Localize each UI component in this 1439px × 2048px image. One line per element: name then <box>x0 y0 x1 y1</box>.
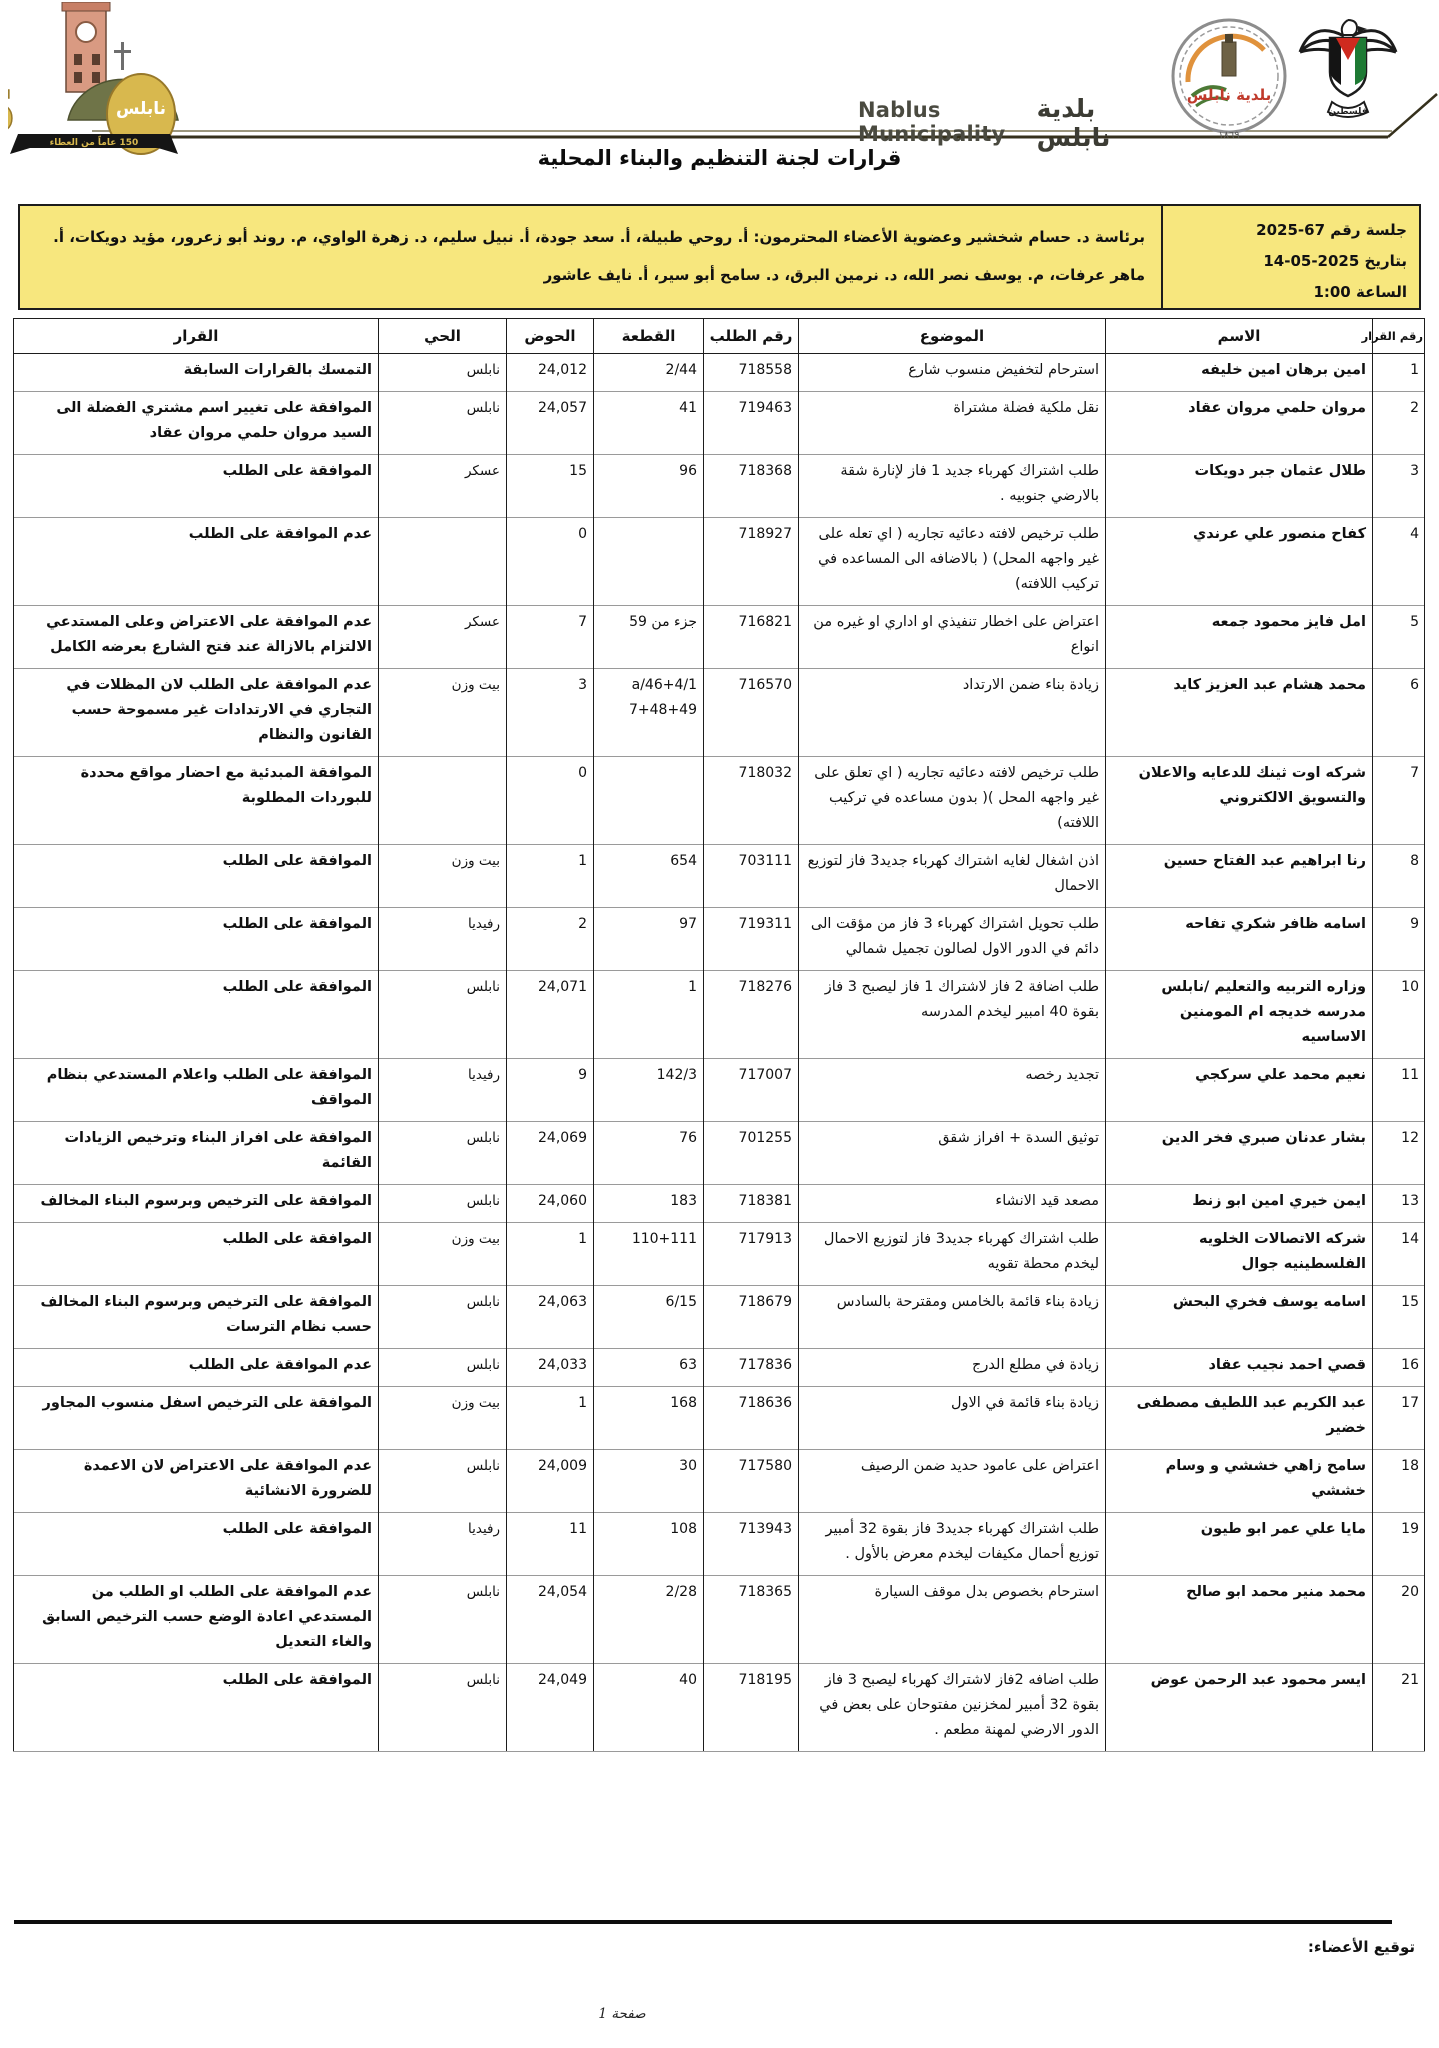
cell-parcel <box>594 757 704 845</box>
table-row: 13 ايمن خيري امين ابو زنط مصعد قيد الانش… <box>14 1185 1425 1223</box>
cell-decision-number: 3 <box>1373 455 1425 518</box>
decisions-table-wrapper: رقم القرار الاسم الموضوع رقم الطلب القطع… <box>14 318 1425 1752</box>
cell-subject: طلب ترخيص لافته دعائيه تجاريه ( اي تعلق … <box>799 757 1106 845</box>
cell-name: ايسر محمود عبد الرحمن عوض <box>1106 1664 1373 1752</box>
cell-subject: زيادة في مطلع الدرج <box>799 1349 1106 1387</box>
cell-decision: التمسك بالقرارات السابقة <box>14 354 379 392</box>
cell-decision: الموافقة على الطلب <box>14 1223 379 1286</box>
cell-block: 3 <box>507 669 594 757</box>
cell-name: امل فايز محمود جمعه <box>1106 606 1373 669</box>
cell-decision: عدم الموافقة على الاعتراض وعلى المستدعي … <box>14 606 379 669</box>
table-row: 17 عبد الكريم عبد اللطيف مصطفى خضير زياد… <box>14 1387 1425 1450</box>
emblem-country-text: فلسطين <box>1328 107 1367 117</box>
page-number: صفحة 1 <box>552 2006 692 2022</box>
table-row: 21 ايسر محمود عبد الرحمن عوض طلب اضافه 2… <box>14 1664 1425 1752</box>
cell-parcel: 1 <box>594 971 704 1059</box>
cell-district: نابلس <box>379 1286 507 1349</box>
cell-parcel <box>594 518 704 606</box>
cell-parcel: 40 <box>594 1664 704 1752</box>
cell-block: 7 <box>507 606 594 669</box>
cell-decision-number: 14 <box>1373 1223 1425 1286</box>
cell-name: عبد الكريم عبد اللطيف مصطفى خضير <box>1106 1387 1373 1450</box>
cell-name: محمد هشام عبد العزيز كايد <box>1106 669 1373 757</box>
cell-block: 24,069 <box>507 1122 594 1185</box>
table-row: 19 مايا علي عمر ابو طيون طلب اشتراك كهرب… <box>14 1513 1425 1576</box>
cell-parcel: 110+111 <box>594 1223 704 1286</box>
cell-block: 1 <box>507 1387 594 1450</box>
cell-district: رفيديا <box>379 908 507 971</box>
cell-decision: عدم الموافقة على الطلب لان المظلات في ال… <box>14 669 379 757</box>
cell-decision: الموافقة المبدئية مع احضار مواقع محددة ل… <box>14 757 379 845</box>
cell-name: سامح زاهي خششي و وسام خششي <box>1106 1450 1373 1513</box>
cell-subject: مصعد قيد الانشاء <box>799 1185 1106 1223</box>
table-row: 4 كفاح منصور علي عرندي طلب ترخيص لافته د… <box>14 518 1425 606</box>
cell-district: نابلس <box>379 1122 507 1185</box>
cell-decision: الموافقة على الترخيص وبرسوم البناء المخا… <box>14 1286 379 1349</box>
cell-name: ايمن خيري امين ابو زنط <box>1106 1185 1373 1223</box>
signature-divider-line <box>14 1920 1392 1924</box>
cell-decision: الموافقة على الترخيص وبرسوم البناء المخا… <box>14 1185 379 1223</box>
cell-block: 0 <box>507 518 594 606</box>
brand-name-english: Nablus Municipality <box>858 98 1029 146</box>
cell-decision-number: 5 <box>1373 606 1425 669</box>
anniversary-city-badge: نابلس <box>116 99 166 119</box>
header-subject: الموضوع <box>799 319 1106 354</box>
table-row: 20 محمد منير محمد ابو صالح استرحام بخصوص… <box>14 1576 1425 1664</box>
cell-parcel: 41 <box>594 392 704 455</box>
cell-decision-number: 20 <box>1373 1576 1425 1664</box>
session-number: جلسة رقم 67-2025 <box>1169 215 1407 246</box>
cell-district <box>379 518 507 606</box>
cell-block: 11 <box>507 1513 594 1576</box>
cell-district: نابلس <box>379 354 507 392</box>
cell-request-number: 718195 <box>704 1664 799 1752</box>
cell-decision: عدم الموافقة على الطلب <box>14 518 379 606</box>
cell-parcel: 183 <box>594 1185 704 1223</box>
document-title: قرارات لجنة التنظيم والبناء المحلية <box>0 146 1439 170</box>
header-block: الحوض <box>507 319 594 354</box>
cell-decision: عدم الموافقة على الطلب <box>14 1349 379 1387</box>
cell-name: كفاح منصور علي عرندي <box>1106 518 1373 606</box>
seal-title-text: بلدية نابلس <box>1187 86 1272 104</box>
cell-request-number: 718636 <box>704 1387 799 1450</box>
cell-decision: الموافقة على الطلب <box>14 908 379 971</box>
municipal-seal-logo: بلدية نابلس ١٨٦٩ <box>1168 16 1290 148</box>
cell-block: 9 <box>507 1059 594 1122</box>
cell-subject: طلب اضافة 2 فاز لاشتراك 1 فاز ليصبح 3 فا… <box>799 971 1106 1059</box>
cell-request-number: 716570 <box>704 669 799 757</box>
cell-block: 24,012 <box>507 354 594 392</box>
cell-request-number: 703111 <box>704 845 799 908</box>
cell-decision: الموافقة على الترخيص اسفل منسوب المجاور <box>14 1387 379 1450</box>
cell-decision: الموافقة على تغيير اسم مشتري الفضلة الى … <box>14 392 379 455</box>
cell-district: نابلس <box>379 1349 507 1387</box>
cell-decision: الموافقة على الطلب واعلام المستدعي بنظام… <box>14 1059 379 1122</box>
cell-block: 2 <box>507 908 594 971</box>
cell-decision: عدم الموافقة على الطلب او الطلب من المست… <box>14 1576 379 1664</box>
cell-decision-number: 12 <box>1373 1122 1425 1185</box>
cell-request-number: 713943 <box>704 1513 799 1576</box>
cell-name: محمد منير محمد ابو صالح <box>1106 1576 1373 1664</box>
table-row: 8 رنا ابراهيم عبد الفتاح حسين اذن اشغال … <box>14 845 1425 908</box>
cell-subject: طلب اشتراك كهرباء جديد3 فاز بقوة 32 أمبي… <box>799 1513 1106 1576</box>
header-name: الاسم <box>1106 319 1373 354</box>
cell-district: بيت وزن <box>379 1223 507 1286</box>
cell-name: اسامه يوسف فخري البحش <box>1106 1286 1373 1349</box>
cell-request-number: 717580 <box>704 1450 799 1513</box>
table-row: 5 امل فايز محمود جمعه اعتراض على اخطار ت… <box>14 606 1425 669</box>
cell-block: 1 <box>507 845 594 908</box>
table-row: 18 سامح زاهي خششي و وسام خششي اعتراض على… <box>14 1450 1425 1513</box>
table-row: 6 محمد هشام عبد العزيز كايد زيادة بناء ض… <box>14 669 1425 757</box>
cell-request-number: 716821 <box>704 606 799 669</box>
cell-block: 24,054 <box>507 1576 594 1664</box>
cell-request-number: 718558 <box>704 354 799 392</box>
table-row: 12 بشار عدنان صبري فخر الدين توثيق السدة… <box>14 1122 1425 1185</box>
table-row: 7 شركه اوت ثينك للدعايه والاعلان والتسوي… <box>14 757 1425 845</box>
brand-name-arabic: بلدية نابلس <box>1037 94 1138 152</box>
cell-decision: الموافقة على الطلب <box>14 1664 379 1752</box>
cell-block: 15 <box>507 455 594 518</box>
cell-subject: اذن اشغال لغايه اشتراك كهرباء جديد3 فاز … <box>799 845 1106 908</box>
cell-district: نابلس <box>379 392 507 455</box>
cell-decision-number: 13 <box>1373 1185 1425 1223</box>
cell-parcel: 63 <box>594 1349 704 1387</box>
table-row: 3 طلال عثمان جبر دويكات طلب اشتراك كهربا… <box>14 455 1425 518</box>
cell-parcel: 30 <box>594 1450 704 1513</box>
cell-parcel: 142/3 <box>594 1059 704 1122</box>
cell-subject: طلب اشتراك كهرباء جديد3 فاز لتوزيع الاحم… <box>799 1223 1106 1286</box>
cell-decision-number: 7 <box>1373 757 1425 845</box>
table-row: 16 قصي احمد نجيب عقاد زيادة في مطلع الدر… <box>14 1349 1425 1387</box>
cell-name: وزاره التربيه والتعليم /نابلس مدرسه خديج… <box>1106 971 1373 1059</box>
nablus-150-anniversary-logo: 15 نابلس 150 عاماً من العطاء <box>8 2 180 160</box>
session-info-box: جلسة رقم 67-2025 بتاريخ 2025-05-14 الساع… <box>18 204 1421 310</box>
cell-subject: طلب اضافه 2فاز لاشتراك كهرباء ليصبح 3 فا… <box>799 1664 1106 1752</box>
cell-request-number: 719463 <box>704 392 799 455</box>
cell-subject: توثيق السدة + افراز شقق <box>799 1122 1106 1185</box>
cell-decision-number: 6 <box>1373 669 1425 757</box>
cell-district: نابلس <box>379 1576 507 1664</box>
cell-request-number: 718032 <box>704 757 799 845</box>
session-attendees: برئاسة د. حسام شخشير وعضوية الأعضاء المح… <box>20 206 1161 308</box>
cell-subject: زيادة بناء قائمة في الاول <box>799 1387 1106 1450</box>
table-row: 15 اسامه يوسف فخري البحش زيادة بناء قائم… <box>14 1286 1425 1349</box>
cell-name: شركه اوت ثينك للدعايه والاعلان والتسويق … <box>1106 757 1373 845</box>
table-row: 9 اسامه ظافر شكري تفاحه طلب تحويل اشتراك… <box>14 908 1425 971</box>
cell-decision-number: 8 <box>1373 845 1425 908</box>
document-page: 15 نابلس 150 عاماً من العطاء Nablus Muni… <box>0 0 1439 2048</box>
cell-decision: الموافقة على الطلب <box>14 1513 379 1576</box>
cell-block: 24,009 <box>507 1450 594 1513</box>
cell-district: نابلس <box>379 971 507 1059</box>
cell-parcel: 2/44 <box>594 354 704 392</box>
cell-name: بشار عدنان صبري فخر الدين <box>1106 1122 1373 1185</box>
cell-request-number: 718365 <box>704 1576 799 1664</box>
cell-decision-number: 18 <box>1373 1450 1425 1513</box>
cell-parcel: 6/15 <box>594 1286 704 1349</box>
table-row: 10 وزاره التربيه والتعليم /نابلس مدرسه خ… <box>14 971 1425 1059</box>
cell-district: بيت وزن <box>379 845 507 908</box>
cell-parcel: 168 <box>594 1387 704 1450</box>
cell-block: 24,049 <box>507 1664 594 1752</box>
header-decision-number: رقم القرار <box>1373 319 1425 354</box>
cell-block: 24,063 <box>507 1286 594 1349</box>
attendees-line-2: ماهر عرفات، م. يوسف نصر الله، د. نرمين ا… <box>30 256 1145 294</box>
cell-subject: زيادة بناء ضمن الارتداد <box>799 669 1106 757</box>
cell-decision: الموافقة على الطلب <box>14 455 379 518</box>
cell-subject: تجديد رخصه <box>799 1059 1106 1122</box>
cell-subject: اعتراض على عامود حديد ضمن الرصيف <box>799 1450 1106 1513</box>
cell-subject: طلب اشتراك كهرباء جديد 1 فاز لإنارة شقة … <box>799 455 1106 518</box>
cell-name: اسامه ظافر شكري تفاحه <box>1106 908 1373 971</box>
cell-parcel: 96 <box>594 455 704 518</box>
cell-decision-number: 4 <box>1373 518 1425 606</box>
cell-district: رفيديا <box>379 1513 507 1576</box>
cell-district <box>379 757 507 845</box>
cell-block: 24,060 <box>507 1185 594 1223</box>
cell-request-number: 718276 <box>704 971 799 1059</box>
header-parcel: القطعة <box>594 319 704 354</box>
cell-district: عسكر <box>379 606 507 669</box>
cell-subject: طلب تحويل اشتراك كهرباء 3 فاز من مؤقت ال… <box>799 908 1106 971</box>
cell-request-number: 717836 <box>704 1349 799 1387</box>
cell-decision-number: 21 <box>1373 1664 1425 1752</box>
cell-block: 24,033 <box>507 1349 594 1387</box>
cell-decision-number: 17 <box>1373 1387 1425 1450</box>
cell-decision-number: 1 <box>1373 354 1425 392</box>
cell-parcel: ⁦a/46+4/1 7+48+49⁩ <box>594 669 704 757</box>
cell-district: عسكر <box>379 455 507 518</box>
cell-request-number: 717007 <box>704 1059 799 1122</box>
cell-subject: استرحام لتخفيض منسوب شارع <box>799 354 1106 392</box>
cell-request-number: 718381 <box>704 1185 799 1223</box>
table-row: 14 شركه الاتصالات الخلويه الفلسطينيه جوا… <box>14 1223 1425 1286</box>
cell-district: نابلس <box>379 1185 507 1223</box>
cell-decision: الموافقة على الطلب <box>14 845 379 908</box>
brand-wordmark: Nablus Municipality بلدية نابلس <box>858 94 1138 152</box>
session-date: بتاريخ 2025-05-14 <box>1169 246 1407 277</box>
cell-block: 0 <box>507 757 594 845</box>
cell-decision: الموافقة على افراز البناء وترخيص الزيادا… <box>14 1122 379 1185</box>
palestine-eagle-emblem: فلسطين <box>1292 14 1404 126</box>
cell-parcel: 108 <box>594 1513 704 1576</box>
cell-request-number: 717913 <box>704 1223 799 1286</box>
table-body: 1 امين برهان امين خليفه استرحام لتخفيض م… <box>14 354 1425 1752</box>
cell-request-number: 719311 <box>704 908 799 971</box>
cell-subject: طلب ترخيص لافته دعائيه تجاريه ( اي تعله … <box>799 518 1106 606</box>
cell-district: رفيديا <box>379 1059 507 1122</box>
cell-parcel: جزء من 59 <box>594 606 704 669</box>
anniversary-number: 15 <box>8 78 16 146</box>
cell-district: بيت وزن <box>379 669 507 757</box>
header-request-number: رقم الطلب <box>704 319 799 354</box>
cell-district: نابلس <box>379 1664 507 1752</box>
cell-decision-number: 2 <box>1373 392 1425 455</box>
table-row: 11 نعيم محمد علي سركجي تجديد رخصه 717007… <box>14 1059 1425 1122</box>
cell-block: 24,057 <box>507 392 594 455</box>
cell-decision-number: 16 <box>1373 1349 1425 1387</box>
cell-name: مروان حلمي مروان عقاد <box>1106 392 1373 455</box>
cell-subject: نقل ملكية فضلة مشتراة <box>799 392 1106 455</box>
cell-name: رنا ابراهيم عبد الفتاح حسين <box>1106 845 1373 908</box>
cell-decision: عدم الموافقة على الاعتراض لان الاعمدة لل… <box>14 1450 379 1513</box>
session-time: الساعة 1:00 <box>1169 277 1407 308</box>
cell-decision-number: 15 <box>1373 1286 1425 1349</box>
cell-decision: الموافقة على الطلب <box>14 971 379 1059</box>
header-decision: القرار <box>14 319 379 354</box>
header-district: الحي <box>379 319 507 354</box>
session-meta: جلسة رقم 67-2025 بتاريخ 2025-05-14 الساع… <box>1161 206 1419 308</box>
table-row: 2 مروان حلمي مروان عقاد نقل ملكية فضلة م… <box>14 392 1425 455</box>
cell-decision-number: 10 <box>1373 971 1425 1059</box>
cell-name: امين برهان امين خليفه <box>1106 354 1373 392</box>
cell-subject: زيادة بناء قائمة بالخامس ومقترحة بالسادس <box>799 1286 1106 1349</box>
members-signature-label: توقيع الأعضاء: <box>1308 1938 1415 1956</box>
cell-decision-number: 11 <box>1373 1059 1425 1122</box>
cell-parcel: 76 <box>594 1122 704 1185</box>
cell-name: طلال عثمان جبر دويكات <box>1106 455 1373 518</box>
cell-parcel: 2/28 <box>594 1576 704 1664</box>
seal-year-text: ١٨٦٩ <box>1218 130 1239 141</box>
cell-district: نابلس <box>379 1450 507 1513</box>
table-header-row: رقم القرار الاسم الموضوع رقم الطلب القطع… <box>14 319 1425 354</box>
table-row: 1 امين برهان امين خليفه استرحام لتخفيض م… <box>14 354 1425 392</box>
cell-name: شركه الاتصالات الخلويه الفلسطينيه جوال <box>1106 1223 1373 1286</box>
attendees-line-1: برئاسة د. حسام شخشير وعضوية الأعضاء المح… <box>30 218 1145 256</box>
cell-subject: استرحام بخصوص بدل موقف السيارة <box>799 1576 1106 1664</box>
cell-subject: اعتراض على اخطار تنفيذي او اداري او غيره… <box>799 606 1106 669</box>
cell-name: نعيم محمد علي سركجي <box>1106 1059 1373 1122</box>
cell-block: 24,071 <box>507 971 594 1059</box>
cell-request-number: 718368 <box>704 455 799 518</box>
cell-request-number: 718927 <box>704 518 799 606</box>
cell-decision-number: 19 <box>1373 1513 1425 1576</box>
cell-parcel: 97 <box>594 908 704 971</box>
cell-request-number: 718679 <box>704 1286 799 1349</box>
cell-block: 1 <box>507 1223 594 1286</box>
cell-parcel: 654 <box>594 845 704 908</box>
cell-request-number: 701255 <box>704 1122 799 1185</box>
cell-decision-number: 9 <box>1373 908 1425 971</box>
cell-district: بيت وزن <box>379 1387 507 1450</box>
decisions-table: رقم القرار الاسم الموضوع رقم الطلب القطع… <box>13 318 1425 1752</box>
cell-name: مايا علي عمر ابو طيون <box>1106 1513 1373 1576</box>
cell-name: قصي احمد نجيب عقاد <box>1106 1349 1373 1387</box>
